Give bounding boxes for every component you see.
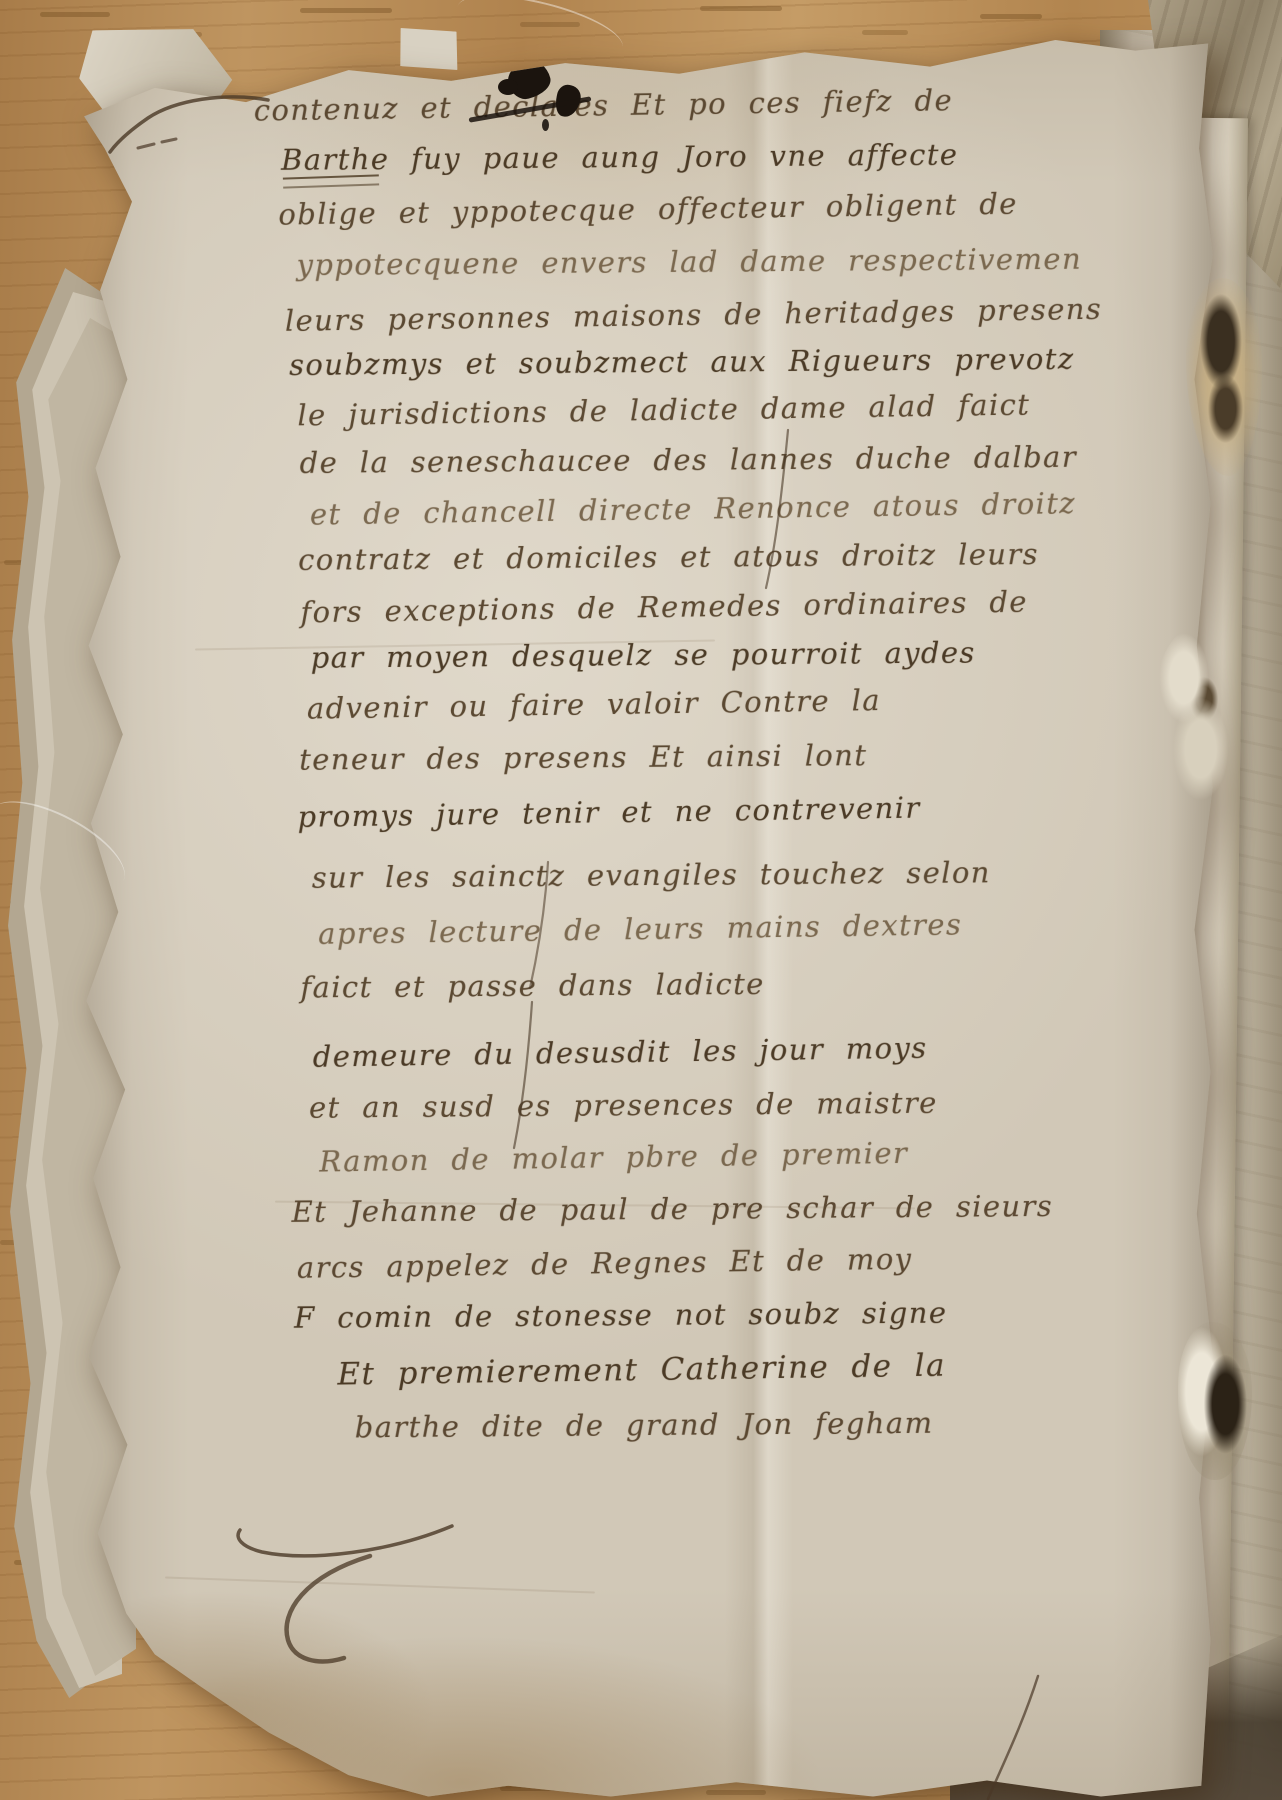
handwriting-line: arcs appelez de Regnes Et de moy — [297, 1242, 913, 1285]
handwriting-line: apres lecture de leurs mains dextres — [318, 907, 963, 951]
handwriting-line: yppotecquene envers lad dame respectivem… — [296, 242, 1082, 282]
ink-blot-mark — [500, 55, 640, 139]
handwriting-line: fors exceptions de Remedes ordinaires de — [300, 585, 1028, 630]
handwriting-line: faict et passe dans ladicte — [300, 967, 765, 1005]
handwriting-line: sur les sainctz evangiles touchez selon — [312, 855, 991, 894]
wood-grain-streak — [40, 12, 110, 17]
ink-blot-side-lobe — [498, 79, 518, 95]
wood-grain-streak — [700, 6, 782, 11]
handwriting-line: et de chancell directe Renonce atous dro… — [310, 486, 1077, 531]
handwriting-line: advenir ou faire valoir Contre la — [307, 683, 882, 726]
handwriting-line: F comin de stonesse not soubz signe — [294, 1296, 948, 1335]
handwriting-line: Et premierement Catherine de la — [337, 1348, 946, 1393]
handwriting-line: teneur des presens Et ainsi lont — [299, 738, 867, 776]
manuscript-page-wrap: contenuz et declares Et po ces fiefz de … — [75, 24, 1215, 1800]
handwriting-line: de la seneschaucee des lannes duche dalb… — [300, 440, 1078, 480]
handwriting-line: promys jure tenir et ne contrevenir — [297, 791, 921, 834]
handwritten-text-block: contenuz et declares Et po ces fiefz de … — [70, 21, 1219, 1800]
handwriting-line: par moyen desquelz se pourroit aydes — [311, 635, 976, 674]
handwriting-line: Ramon de molar pbre de premier — [319, 1136, 908, 1179]
handwriting-line: et an susd es presences de maistre — [309, 1086, 938, 1125]
handwriting-line: barthe dite de grand Jon fegham — [355, 1406, 934, 1445]
handwriting-line: contratz et domiciles et atous droitz le… — [298, 537, 1039, 577]
ink-blot-drip — [542, 119, 549, 131]
handwriting-line: leurs personnes maisons de heritadges pr… — [285, 292, 1103, 338]
handwriting-line: Barthe fuy paue aung Joro vne affecte — [281, 137, 959, 176]
handwriting-line: demeure du desusdit les jour moys — [313, 1031, 928, 1074]
handwriting-line: Et Jehanne de paul de pre schar de sieur… — [291, 1189, 1053, 1229]
handwriting-line: soubzmys et soubzmect aux Rigueurs prevo… — [289, 342, 1075, 382]
handwriting-line: le jurisdictions de ladicte dame alad fa… — [297, 387, 1030, 432]
handwriting-line: oblige et yppotecque offecteur obligent … — [278, 186, 1018, 231]
wood-grain-streak — [300, 8, 392, 13]
manuscript-photo: contenuz et declares Et po ces fiefz de … — [0, 0, 1282, 1800]
manuscript-page: contenuz et declares Et po ces fiefz de … — [75, 24, 1215, 1800]
paper-damage-flaps-middle — [1152, 628, 1236, 806]
wood-grain-streak — [980, 14, 1042, 19]
